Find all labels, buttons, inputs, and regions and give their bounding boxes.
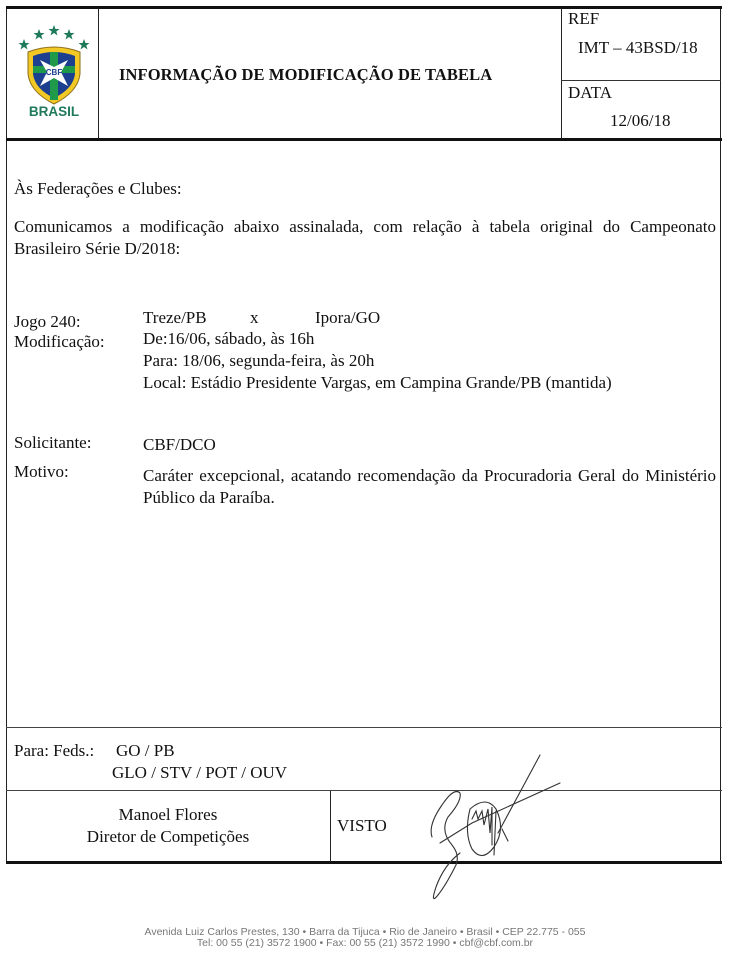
game-label: Jogo 240: xyxy=(14,311,81,333)
distribution-line-2: GLO / STV / POT / OUV xyxy=(112,762,287,784)
header-bottom-border xyxy=(6,138,722,141)
signature-top-border xyxy=(6,790,722,791)
modification-from: De:16/06, sábado, às 16h xyxy=(143,328,314,350)
salutation: Às Federações e Clubes: xyxy=(14,178,182,200)
reason-label: Motivo: xyxy=(14,461,69,483)
ref-value: IMT – 43BSD/18 xyxy=(578,37,698,59)
top-border xyxy=(6,6,722,9)
home-team: Treze/PB xyxy=(143,307,207,329)
requester-value: CBF/DCO xyxy=(143,434,216,456)
away-team: Ipora/GO xyxy=(315,307,380,329)
signature-divider xyxy=(330,791,331,862)
ref-divider xyxy=(561,8,562,139)
cbf-logo: CBF BRASIL xyxy=(14,12,94,122)
intro-paragraph: Comunicamos a modificação abaixo assinal… xyxy=(14,216,716,260)
distribution-label: Para: Feds.: xyxy=(14,740,94,762)
requester-label: Solicitante: xyxy=(14,432,91,454)
reason-value: Caráter excepcional, acatando recomendaç… xyxy=(143,465,716,509)
date-value: 12/06/18 xyxy=(610,110,670,132)
modification-to: Para: 18/06, segunda-feira, às 20h xyxy=(143,350,374,372)
modification-venue: Local: Estádio Presidente Vargas, em Cam… xyxy=(143,372,612,394)
distribution-line-1: GO / PB xyxy=(116,740,175,762)
document-title: INFORMAÇÃO DE MODIFICAÇÃO DE TABELA xyxy=(119,64,492,86)
bottom-border xyxy=(6,861,722,864)
logo-divider xyxy=(98,8,99,139)
date-label: DATA xyxy=(568,82,612,104)
visto-label: VISTO xyxy=(337,815,387,837)
distribution-top-border xyxy=(6,727,722,728)
footer-contact: Tel: 00 55 (21) 3572 1900 • Fax: 00 55 (… xyxy=(0,937,730,949)
ref-date-divider xyxy=(561,80,721,81)
svg-text:CBF: CBF xyxy=(46,68,63,77)
signatory-role: Diretor de Competições xyxy=(6,826,330,848)
ref-label: REF xyxy=(568,8,599,30)
svg-text:BRASIL: BRASIL xyxy=(29,104,79,119)
handwritten-signature-icon xyxy=(420,745,580,905)
signatory-name: Manoel Flores xyxy=(6,804,330,826)
document-frame xyxy=(6,6,721,863)
modification-label: Modificação: xyxy=(14,331,105,353)
versus: x xyxy=(250,307,259,329)
cbf-crest-icon: CBF BRASIL xyxy=(14,12,94,122)
